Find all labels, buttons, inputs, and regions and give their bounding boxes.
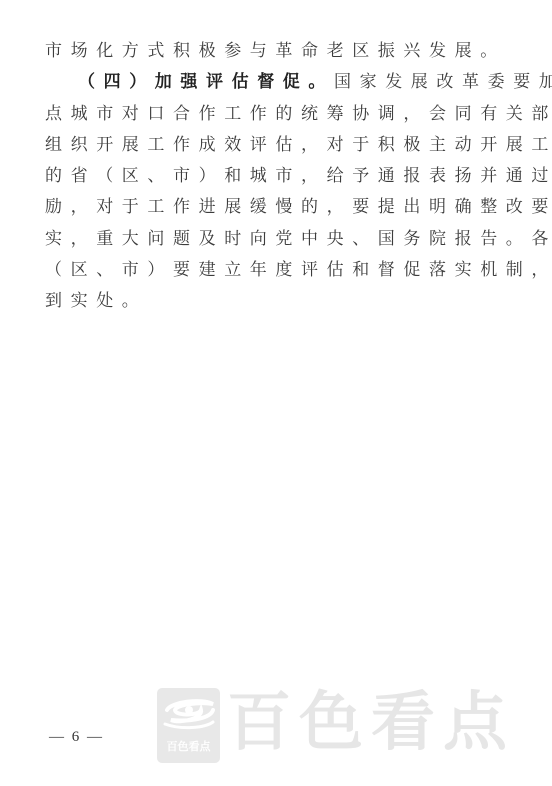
text-line-3: 点城市对口合作工作的统筹协调，会同有关部门跟踪工作进展， xyxy=(45,99,515,130)
watermark-logo-caption: 百色看点 xyxy=(159,738,218,754)
text-line-2-body: 国家发展改革委要加强对革命老区重 xyxy=(334,72,552,92)
eye-swirl-icon xyxy=(161,696,216,732)
watermark: 百色看点 百色看点 xyxy=(157,688,517,766)
text-line-9: 到实处。 xyxy=(45,286,515,317)
page-number: — 6 — xyxy=(49,729,104,746)
text-line-5: 的省（区、市）和城市，给予通报表扬并通过适当方式予以鼓 xyxy=(45,161,515,192)
text-line-8: （区、市）要建立年度评估和督促落实机制，确保将各项任务落 xyxy=(45,255,515,286)
text-line-7: 实，重大问题及时向党中央、国务院报告。各结对城市和所在省 xyxy=(45,224,515,255)
document-body: 市场化方式积极参与革命老区振兴发展。 （四）加强评估督促。国家发展改革委要加强对… xyxy=(45,36,515,318)
watermark-logo: 百色看点 xyxy=(157,688,220,763)
text-line-6: 励，对于工作进展缓慢的，要提出明确整改要求并督促改进落 xyxy=(45,192,515,223)
watermark-brand-text: 百色看点 xyxy=(227,684,515,762)
text-line-4: 组织开展工作成效评估，对于积极主动开展工作并取得明显成效 xyxy=(45,130,515,161)
text-line-2: （四）加强评估督促。国家发展改革委要加强对革命老区重 xyxy=(45,67,515,98)
text-line-1: 市场化方式积极参与革命老区振兴发展。 xyxy=(45,36,515,67)
section-heading: （四）加强评估督促。 xyxy=(78,72,334,92)
